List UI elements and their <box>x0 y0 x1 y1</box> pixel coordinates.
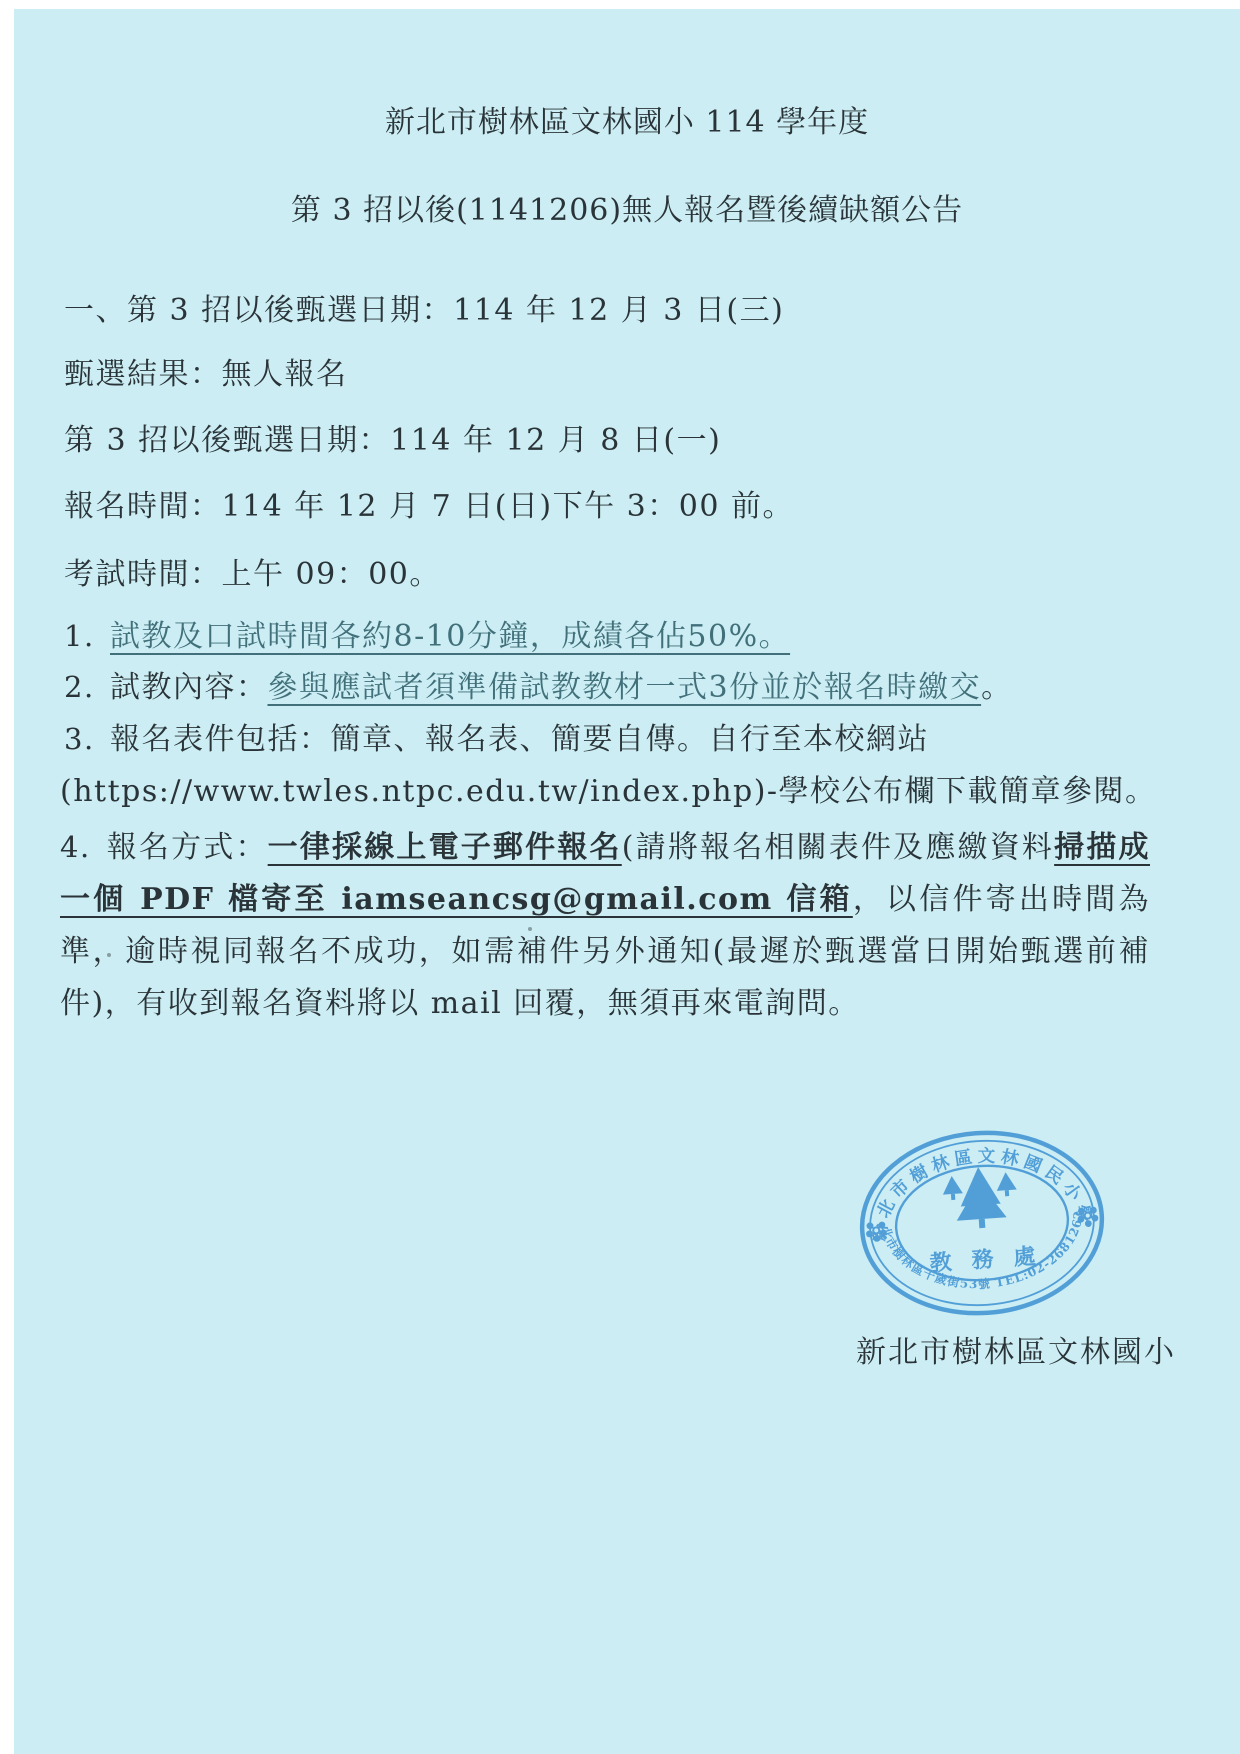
scanned-paper: 新北市樹林區文林國小 114 學年度 第 3 招以後(1141206)無人報名暨… <box>14 9 1240 1754</box>
list-item-2: 2.試教內容：參與應試者須準備試教教材一式3份並於報名時繳交。 <box>64 662 1013 706</box>
list-item-2-prefix: 試教內容： <box>110 670 268 705</box>
body-line-exam-time: 考試時間：上午 09：00。 <box>64 549 441 593</box>
list-item-1: 1.試教及口試時間各約8-10分鐘，成績各佔50%。 <box>64 611 790 655</box>
scan-speck <box>107 953 111 957</box>
list-item-1-text: 試教及口試時間各約8-10分鐘，成績各佔50%。 <box>110 619 790 654</box>
signature-school-name: 新北市樹林區文林國小 <box>856 1327 1176 1371</box>
body-line-selection-result: 甄選結果：無人報名 <box>64 349 348 393</box>
list-item-3-number: 3. <box>64 722 110 756</box>
doc-title-line2: 第 3 招以後(1141206)無人報名暨後續缺額公告 <box>14 185 1240 229</box>
list-item-4-bold-online-registration: 一律採線上電子郵件報名 <box>268 830 622 865</box>
list-item-2-number: 2. <box>64 670 110 704</box>
list-item-1-number: 1. <box>64 619 110 653</box>
list-item-2-suffix: 。 <box>981 670 1013 705</box>
seal-graphic: 新北市樹林區文林國民小學 新北市樹林區千歲街53號 TEL:02-2681262… <box>850 1118 1115 1327</box>
list-item-3: 3.報名表件包括：簡章、報名表、簡要自傳。自行至本校網站 <box>64 714 929 758</box>
list-item-4: 4.報名方式：一律採線上電子郵件報名(請將報名相關表件及應繳資料掃描成一個 PD… <box>60 821 1150 1030</box>
list-item-4-mid-text: (請將報名相關表件及應繳資料 <box>622 830 1054 865</box>
body-line-selection-date-1: 一、第 3 招以後甄選日期：114 年 12 月 3 日(三) <box>64 285 784 329</box>
seal-tree-logo-icon <box>941 1165 1019 1231</box>
body-line-registration-time: 報名時間：114 年 12 月 7 日(日)下午 3：00 前。 <box>64 481 794 525</box>
list-item-3-text: 報名表件包括：簡章、報名表、簡要自傳。自行至本校網站 <box>110 722 929 757</box>
scan-speck <box>528 927 532 931</box>
doc-title-line1: 新北市樹林區文林國小 114 學年度 <box>14 97 1240 141</box>
list-item-4-number: 4. <box>60 821 106 873</box>
list-item-4-prefix: 報名方式： <box>106 830 268 865</box>
body-line-selection-date-2: 第 3 招以後甄選日期：114 年 12 月 8 日(一) <box>64 415 721 459</box>
list-item-2-underlined-text: 參與應試者須準備試教教材一式3份並於報名時繳交 <box>268 670 982 705</box>
list-item-3-url-line: (https://www.twles.ntpc.edu.tw/index.php… <box>60 766 1157 810</box>
school-seal-stamp: 新北市樹林區文林國民小學 新北市樹林區千歲街53號 TEL:02-2681262… <box>850 1118 1115 1327</box>
